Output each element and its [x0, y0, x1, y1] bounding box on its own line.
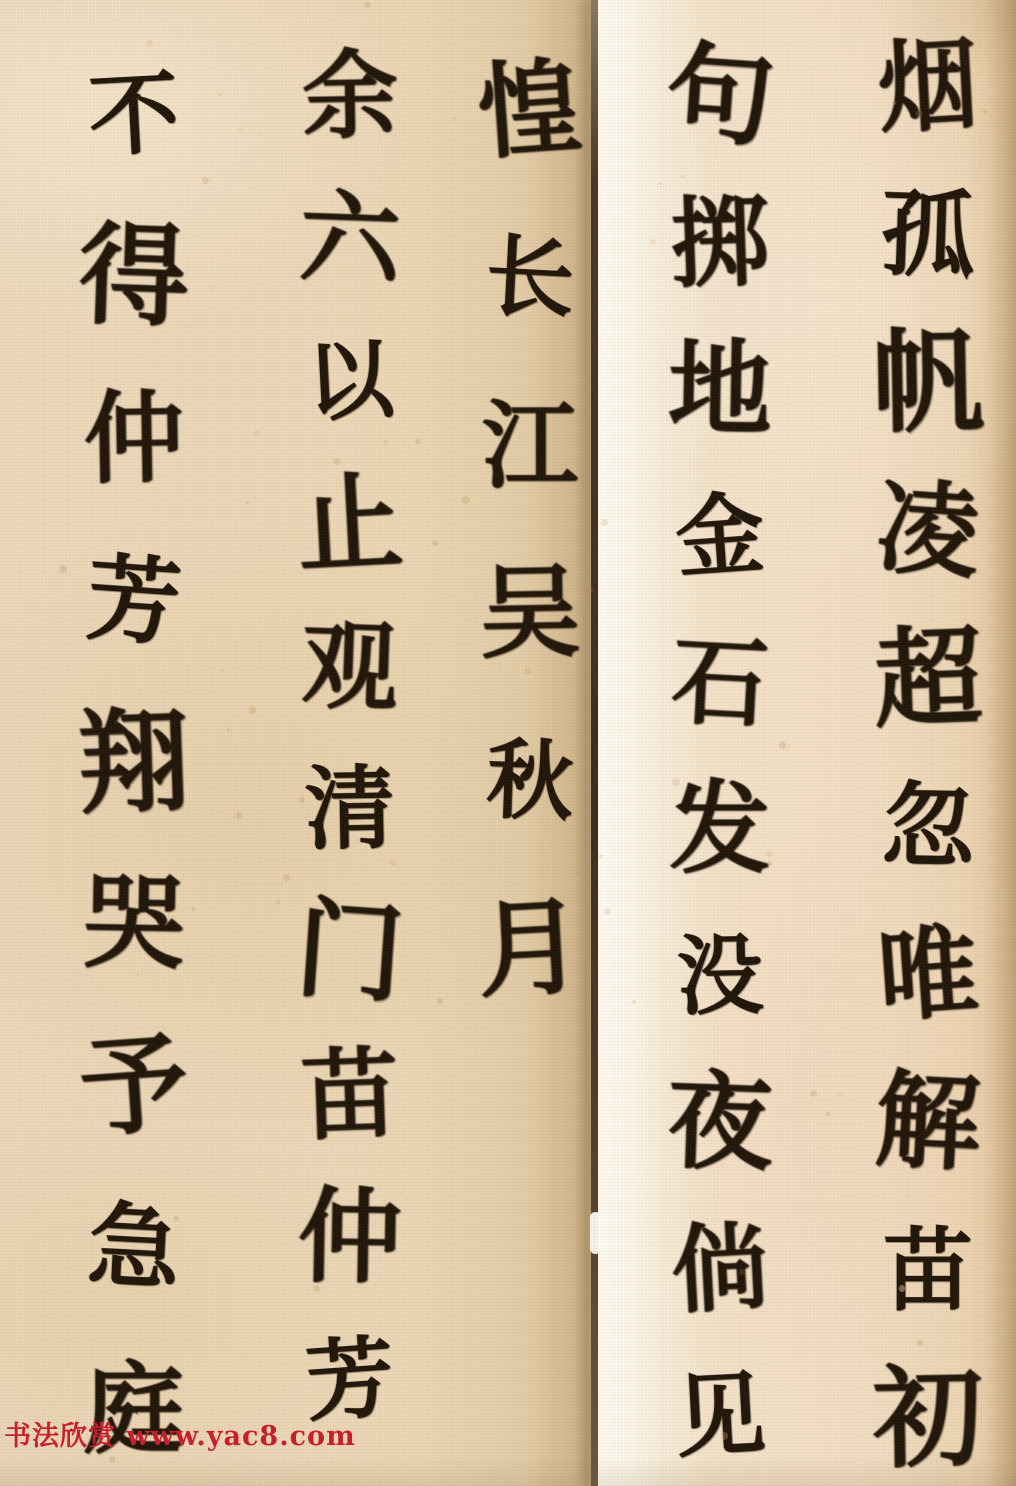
calligraphy-char: 观 [300, 617, 399, 716]
calligraphy-char: 唯 [875, 921, 982, 1028]
calligraphy-char: 予 [76, 1028, 191, 1143]
text-column-5-leftmost: 不得仲芳翔哭予急庭 [36, 64, 232, 1459]
calligraphy-char: 孤 [879, 185, 976, 282]
calligraphy-char: 芳 [84, 549, 184, 649]
calligraphy-char: 余 [301, 47, 399, 145]
calligraphy-char: 帆 [871, 325, 985, 439]
calligraphy-char: 掷 [669, 192, 770, 293]
watermark: 书法欣赏 www.yac8.com [4, 1414, 356, 1453]
calligraphy-char: 以 [305, 336, 396, 427]
calligraphy-char: 急 [86, 1199, 183, 1296]
calligraphy-char: 长 [484, 231, 577, 324]
calligraphy-char: 惶 [475, 55, 586, 166]
calligraphy-char: 石 [670, 632, 771, 733]
calligraphy-char: 不 [87, 67, 182, 162]
calligraphy-char: 仲 [297, 1185, 402, 1290]
calligraphy-char: 清 [304, 763, 396, 855]
calligraphy-char: 地 [667, 337, 772, 442]
calligraphy-char: 得 [77, 219, 191, 333]
calligraphy-char: 见 [673, 1368, 768, 1463]
calligraphy-char: 金 [673, 489, 767, 583]
calligraphy-scan: 烟孤帆凌超忽唯解苗初句掷地金石发没夜倘见惶长江吴秋月余六以止观清门苗仲芳不得仲芳… [0, 0, 1016, 1486]
calligraphy-char: 苗 [299, 1044, 400, 1145]
calligraphy-char: 烟 [875, 33, 980, 138]
text-column-2: 句掷地金石发没夜倘见 [636, 48, 804, 1464]
calligraphy-char: 止 [295, 468, 406, 579]
calligraphy-char: 六 [298, 187, 402, 291]
text-column-3: 惶长江吴秋月 [452, 62, 608, 997]
calligraphy-char: 秋 [485, 737, 574, 826]
calligraphy-char: 解 [873, 1067, 983, 1177]
calligraphy-char: 夜 [665, 1068, 774, 1177]
calligraphy-char: 忽 [881, 779, 975, 873]
calligraphy-char: 芳 [303, 1333, 397, 1427]
calligraphy-char: 发 [670, 779, 771, 880]
calligraphy-char: 句 [663, 39, 778, 154]
calligraphy-char: 仲 [83, 387, 185, 489]
calligraphy-char: 倘 [670, 1219, 771, 1320]
calligraphy-char: 苗 [883, 1225, 973, 1315]
calligraphy-char: 吴 [479, 562, 582, 665]
calligraphy-char: 没 [676, 932, 764, 1020]
calligraphy-char: 江 [482, 398, 578, 494]
calligraphy-char: 超 [872, 622, 984, 734]
calligraphy-char: 哭 [82, 871, 186, 975]
text-column-1-rightmost: 烟孤帆凌超忽唯解苗初 [840, 36, 1016, 1468]
fold-highlight-spot [590, 1212, 601, 1254]
calligraphy-char: 月 [475, 893, 586, 1004]
calligraphy-char: 凌 [874, 476, 983, 585]
calligraphy-char: 门 [293, 895, 408, 1010]
calligraphy-char: 翔 [76, 704, 192, 820]
text-column-4: 余六以止观清门苗仲芳 [262, 48, 438, 1428]
calligraphy-char: 初 [872, 1362, 984, 1474]
